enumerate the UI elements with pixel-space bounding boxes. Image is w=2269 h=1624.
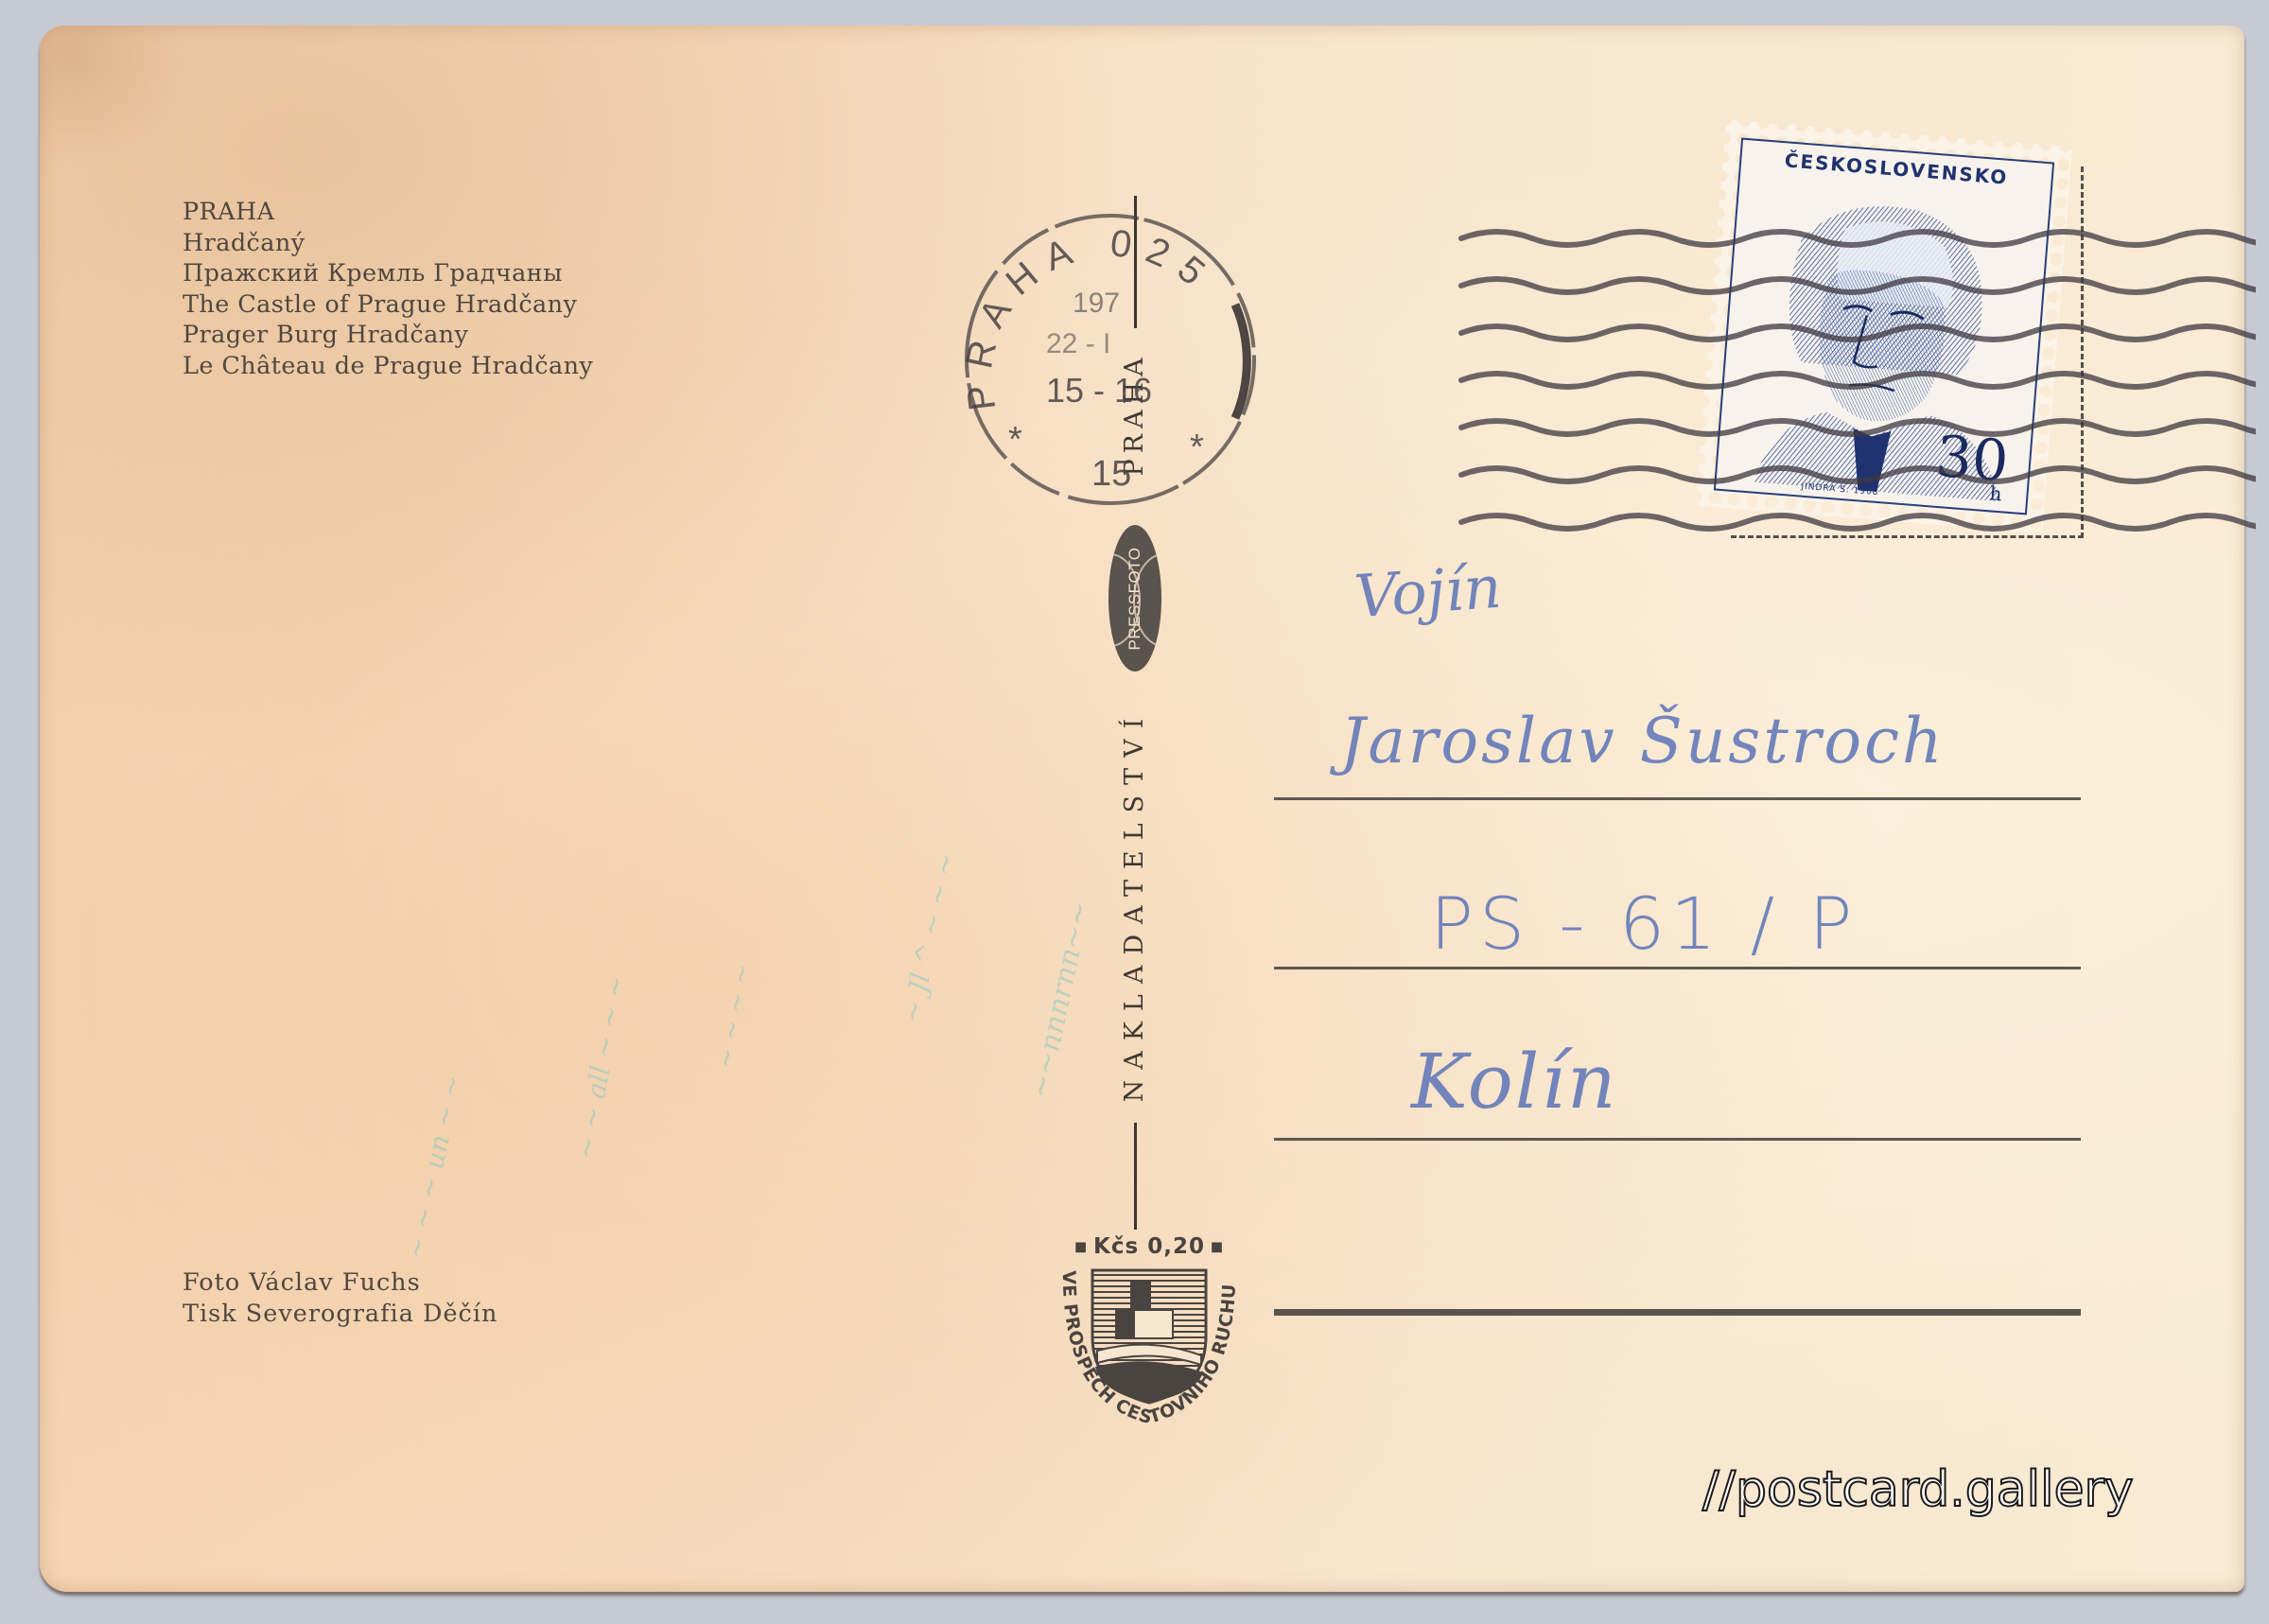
publisher-text: NAKLADATELSTVÍ bbox=[1119, 678, 1151, 1132]
print-credit: Tisk Severografia Děčín bbox=[183, 1299, 497, 1330]
cancellation-wave bbox=[1461, 232, 2256, 245]
pressfoto-logo: PRESSFOTO bbox=[1108, 525, 1161, 672]
cancellation-wave bbox=[1461, 326, 2256, 340]
address-rank: Vojín bbox=[1353, 552, 1504, 632]
address-line-1 bbox=[1274, 797, 2081, 800]
castle-shield-icon: VE PROSPĚCH CESTOVNÍHO RUCHU bbox=[1050, 1261, 1248, 1436]
corner-wear bbox=[40, 26, 191, 167]
address-name: Jaroslav Šustroch bbox=[1340, 705, 1946, 777]
divider-line-bottom bbox=[1134, 1123, 1137, 1230]
pencil-mark: ~~nnnrnn~~ bbox=[1023, 899, 1097, 1101]
postmark: PRAHA 025 197 22 - I 15 - 16 * * 15 bbox=[951, 201, 1269, 518]
address-unit: PS - 61 / P bbox=[1430, 882, 1858, 966]
caption-line-english: The Castle of Prague Hradčany bbox=[183, 289, 593, 321]
address-line-2 bbox=[1274, 967, 2081, 969]
caption-line-city: PRAHA bbox=[183, 197, 593, 228]
address-line-3 bbox=[1274, 1138, 2081, 1141]
postmark-time: 15 - 16 bbox=[1046, 371, 1152, 410]
postmark-ornament-right: * bbox=[1190, 428, 1204, 468]
credits-block: Foto Václav Fuchs Tisk Severografia Děčí… bbox=[183, 1267, 497, 1329]
address-town: Kolín bbox=[1411, 1038, 1617, 1126]
pencil-mark: ~ ~ ~ un ~ ~ bbox=[399, 1072, 468, 1261]
postmark-ornament-left: * bbox=[1008, 420, 1022, 461]
cancellation-wave bbox=[1461, 279, 2256, 292]
caption-line-czech: Hradčaný bbox=[183, 228, 593, 259]
cancellation-wave bbox=[1461, 468, 2256, 481]
caption-line-german: Prager Burg Hradčany bbox=[183, 320, 593, 351]
pencil-mark: ~ ~ ~ ~ bbox=[711, 962, 758, 1071]
watermark: //postcard.gallery bbox=[1702, 1461, 2134, 1518]
caption-line-russian: Пражский Кремль Градчаны bbox=[183, 258, 593, 289]
postcard-back: PRAHA Hradčaný Пражский Кремль Градчаны … bbox=[40, 26, 2244, 1592]
tourism-fee-badge: ■ Kčs 0,20 ■ VE PROSPĚCH CESTOVNÍHO RUCH… bbox=[1050, 1234, 1248, 1433]
cancellation-wave bbox=[1461, 515, 2256, 529]
caption-block: PRAHA Hradčaný Пражский Кремль Градчаны … bbox=[183, 197, 593, 381]
cancellation-wave bbox=[1461, 374, 2256, 387]
caption-line-french: Le Château de Prague Hradčany bbox=[183, 351, 593, 382]
tourism-fee-price: ■ Kčs 0,20 ■ bbox=[1050, 1234, 1248, 1259]
pressfoto-logo-text: PRESSFOTO bbox=[1126, 547, 1144, 650]
tourism-fee-price-text: Kčs 0,20 bbox=[1093, 1234, 1205, 1259]
wavy-cancellation bbox=[1452, 210, 2256, 550]
photo-credit: Foto Václav Fuchs bbox=[183, 1267, 497, 1299]
postmark-date: 22 - I bbox=[1046, 328, 1110, 360]
address-line-4 bbox=[1274, 1309, 2081, 1316]
postmark-year: 197 bbox=[1073, 288, 1120, 320]
cancellation-wave bbox=[1461, 421, 2256, 434]
pencil-mark: ~ Jl ^ ~ ~ ~ bbox=[896, 850, 962, 1025]
pencil-mark: ~ ~ all ~ ~ ~ bbox=[569, 973, 633, 1161]
postmark-bottom-number: 15 bbox=[1091, 454, 1131, 495]
